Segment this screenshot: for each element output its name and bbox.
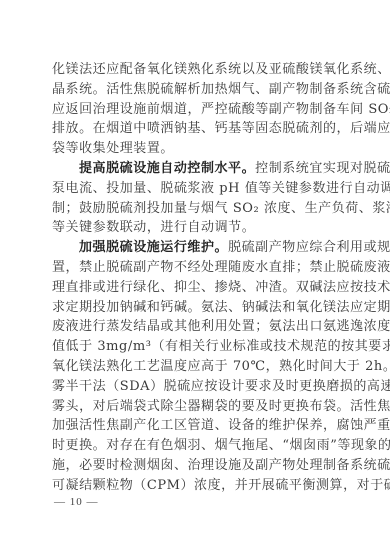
text-line: 等关键参数联动，进行自动调节。 [52,218,340,238]
text-line: 雾头，对后端袋式除尘器糊袋的要及时更换布袋。活性焦脱硫应 [52,397,340,417]
paragraph-heading-line: 提高脱硫设施自动控制水平。控制系统宜实现对脱硫剂投加 [52,159,340,179]
text-span: 脱硫副产物应综合利用或规范处 [228,240,390,255]
text-span: 控制系统宜实现对脱硫剂投加 [255,161,390,176]
text-line: 氧化镁法熟化工艺温度应高于 70℃，熟化时间大于 2h。旋转喷 [52,357,340,377]
text-line: 理直排或进行绿化、抑尘、掺烧、冲渣。双碱法应按技术规范要 [52,278,340,298]
section-heading: 提高脱硫设施自动控制水平。 [79,161,255,176]
text-line: 时更换。对存在有色烟羽、烟气拖尾、“烟囱雨”等现象的脱硫设 [52,436,340,456]
text-line: 泵电流、投加量、脱硫浆液 pH 值等关键参数进行自动调节与控 [52,179,340,199]
text-line: 雾半干法（SDA）脱硫应按设计要求及时更换磨损的高速旋转喷 [52,377,340,397]
document-body: 化镁法还应配备氧化镁熟化系统以及亚硫酸镁氧化系统、蒸发结 晶系统。活性焦脱硫解析… [52,60,340,496]
page-number: — 10 — [54,496,99,508]
text-line: 值低于 3mg/m³（有相关行业标准或技术规范的按其要求执行）； [52,337,340,357]
paragraph-heading-line: 加强脱硫设施运行维护。脱硫副产物应综合利用或规范处 [52,238,340,258]
text-line: 袋等收集处理装置。 [52,139,340,159]
text-line: 置，禁止脱硫副产物不经处理随废水直排；禁止脱硫废液未经处 [52,258,340,278]
text-line: 晶系统。活性焦脱硫解析加热烟气、副产物制备系统含硫尾气等 [52,80,340,100]
text-line: 应返回治理设施前烟道，严控硫酸等副产物制备车间 SO₂ 无组织 [52,100,340,120]
section-heading: 加强脱硫设施运行维护。 [79,240,228,255]
text-line: 可凝结颗粒物（CPM）浓度，并开展硫平衡测算，对于硫酸雾或 [52,476,340,496]
text-line: 加强活性焦副产化工区管道、设备的维护保养，腐蚀严重的应及 [52,416,340,436]
text-line: 求定期投加钠碱和钙碱。氨法、钠碱法和氧化镁法应定期对脱硫 [52,298,340,318]
text-line: 制；鼓励脱硫剂投加量与烟气 SO₂ 浓度、生产负荷、浆液 pH 值 [52,199,340,219]
text-line: 废液进行蒸发结晶或其他利用处置；氨法出口氨逃逸浓度小时均 [52,317,340,337]
text-line: 化镁法还应配备氧化镁熟化系统以及亚硫酸镁氧化系统、蒸发结 [52,60,340,80]
text-line: 排放。在烟道中喷洒钠基、钙基等固态脱硫剂的，后端应设置布 [52,119,340,139]
text-line: 施，必要时检测烟囱、治理设施及副产物处理制备系统硫酸雾或 [52,456,340,476]
